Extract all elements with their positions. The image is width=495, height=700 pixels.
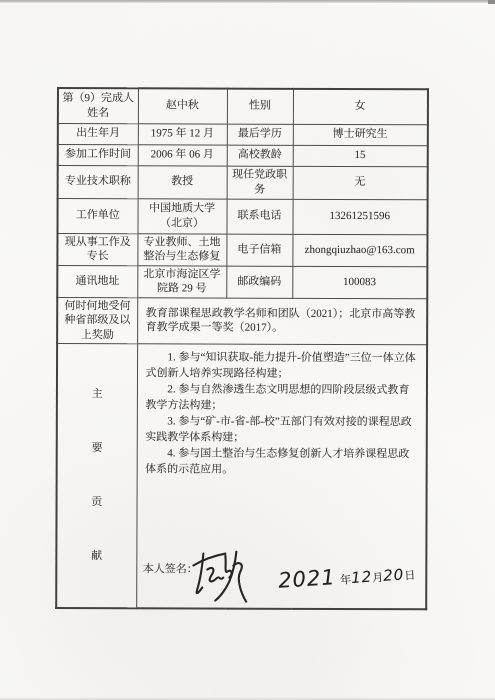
email-label: 电子信箱	[226, 234, 292, 266]
contributions-cell: 1. 参与“知识获取-能力提升-价值塑造”三位一体立体式创新人培养实现路径构建；…	[136, 344, 427, 609]
work-start-label: 参加工作时间	[58, 144, 138, 165]
employer-label: 工作单位	[57, 198, 137, 233]
current-work-value: 专业教师、土地整治与生态修复	[137, 233, 226, 265]
completer-name-value: 赵中秋	[138, 88, 227, 123]
contributions-label-stack: 主 要 贡 献	[57, 348, 136, 603]
table-row: 出生年月 1975 年 12 月 最后学历 博士研究生	[58, 123, 428, 145]
gender-value: 女	[293, 89, 428, 124]
birth-date-value: 1975 年 12 月	[138, 123, 227, 144]
phone-value: 13261251596	[292, 199, 427, 234]
postal-code-value: 100083	[292, 266, 427, 299]
signature-date-month-unit: 月	[371, 572, 383, 585]
table-row: 通讯地址 北京市海淀区学院路 29 号 邮政编码 100083	[57, 265, 427, 298]
completer-name-label: 第（9）完成人姓名	[58, 88, 138, 123]
address-value: 北京市海淀区学院路 29 号	[137, 265, 226, 297]
signature-date-day: 20	[382, 566, 404, 585]
signature-date: 2021 年12月20日	[277, 559, 416, 596]
table-row: 参加工作时间 2006 年 06 月 高校教龄 15	[58, 144, 428, 166]
teaching-years-value: 15	[293, 145, 428, 166]
party-position-label: 现任党政职务	[227, 166, 293, 199]
email-value: zhongqiuzhao@163.com	[292, 234, 427, 267]
awards-value: 教育部课程思政教学名师和团队（2021）；北京市高等教育教学成果一等奖（2017…	[137, 297, 427, 345]
table-row: 第（9）完成人姓名 赵中秋 性别 女	[58, 88, 428, 124]
employer-value: 中国地质大学（北京）	[137, 198, 226, 233]
signature-date-month: 12	[350, 568, 372, 587]
table-row: 主 要 贡 献 1. 参与“知识获取-能力提升-价值塑造”三位一体立体式创新人培…	[56, 344, 427, 610]
current-work-label: 现从事工作及专长	[57, 233, 137, 265]
signature-date-day-unit: 日	[403, 570, 415, 583]
contributions-label: 主 要 贡 献	[56, 344, 137, 609]
scan-artifact	[488, 0, 495, 4]
table-row: 专业技术职称 教授 现任党政职务 无	[58, 165, 428, 199]
contributions-label-char: 贡	[91, 495, 102, 510]
contribution-item: 4. 参与国土整治与生态修复创新人才培养课程思政体系的示范应用。	[145, 445, 418, 478]
awards-label: 何时何地受何种省部级及以上奖励	[57, 297, 137, 344]
professional-title-label: 专业技术职称	[58, 165, 138, 198]
teaching-years-label: 高校教龄	[227, 145, 293, 166]
contributions-label-char: 主	[92, 388, 103, 403]
education-value: 博士研究生	[293, 124, 428, 145]
signature-date-year: 2021	[277, 565, 336, 593]
gender-label: 性别	[227, 89, 293, 124]
address-label: 通讯地址	[57, 265, 137, 297]
table-row: 现从事工作及专长 专业教师、土地整治与生态修复 电子信箱 zhongqiuzha…	[57, 233, 427, 266]
scanned-form-page: 第（9）完成人姓名 赵中秋 性别 女 出生年月 1975 年 12 月 最后学历…	[0, 0, 495, 700]
signature-date-year-unit: 年	[339, 574, 351, 587]
contributions-label-char: 献	[91, 549, 102, 564]
table-row: 工作单位 中国地质大学（北京） 联系电话 13261251596	[57, 198, 427, 234]
contribution-item: 3. 参与“矿-市-省-部-校”五部门有效对接的课程思政实践教学体系构建；	[145, 413, 418, 446]
contribution-item: 1. 参与“知识获取-能力提升-价值塑造”三位一体立体式创新人培养实现路径构建；	[145, 349, 418, 382]
party-position-value: 无	[293, 166, 428, 199]
postal-code-label: 邮政编码	[226, 266, 292, 298]
phone-label: 联系电话	[226, 199, 292, 234]
signature-area: 本人签名： 2021 年12月20日	[143, 535, 420, 600]
table-row: 何时何地受何种省部级及以上奖励 教育部课程思政教学名师和团队（2021）；北京市…	[57, 297, 427, 345]
work-start-value: 2006 年 06 月	[138, 144, 227, 165]
birth-date-label: 出生年月	[58, 123, 138, 144]
education-label: 最后学历	[227, 124, 293, 145]
contributions-label-char: 要	[91, 441, 102, 456]
scan-edge-top	[0, 0, 495, 3]
contribution-item: 2. 参与自然渗透生态文明思想的四阶段层级式教育教学方法构建；	[145, 381, 418, 414]
handwritten-signature	[189, 543, 253, 609]
professional-title-value: 教授	[138, 165, 227, 198]
personnel-info-table: 第（9）完成人姓名 赵中秋 性别 女 出生年月 1975 年 12 月 最后学历…	[55, 87, 429, 610]
